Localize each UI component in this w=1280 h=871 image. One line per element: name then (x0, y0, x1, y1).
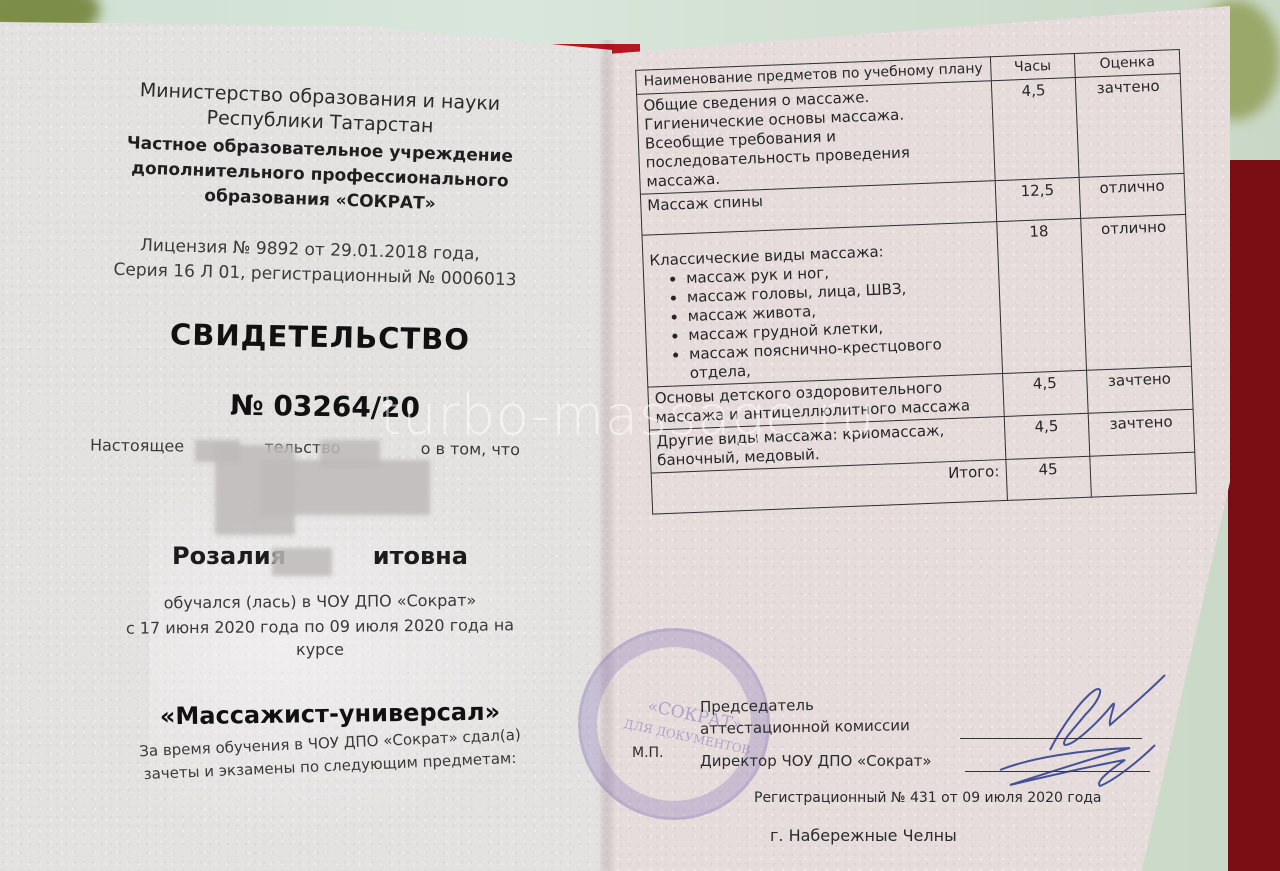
chairman-signature-line (960, 738, 1142, 739)
watermark: turbo-massage.ru (380, 384, 876, 447)
director-label: Директор ЧОУ ДПО «Сократ» (700, 752, 932, 770)
cover-edge (1228, 160, 1280, 871)
certify-prefix: Настоящее (90, 436, 184, 456)
subjects-table-container: Наименование предметов по учебному плану… (632, 19, 1195, 659)
subject-grade: зачтено (1087, 366, 1194, 413)
study-line-1: обучался (лась) в ЧОУ ДПО «Сократ» (110, 590, 530, 613)
study-line-3: курсе (80, 640, 560, 659)
redaction-block (320, 440, 380, 468)
chairman-label-line-1: Председатель (700, 696, 814, 716)
subject-hours: 4,5 (1004, 413, 1090, 459)
stamp-place-label: М.П. (632, 745, 664, 761)
subject-hours: 12,5 (995, 177, 1081, 221)
redaction-block (272, 548, 332, 576)
subject-grade: отлично (1079, 173, 1185, 218)
subject-name: Общие сведения о массаже. Гигиенические … (637, 81, 995, 195)
subject-hours: 18 (996, 218, 1086, 373)
city: г. Набережные Челны (770, 826, 957, 845)
chairman-label-line-2: аттестационной комиссии (700, 716, 910, 738)
redaction-block (260, 460, 430, 515)
table-row: Классические виды массажа: массаж рук и … (642, 214, 1191, 387)
subject-hours: 4,5 (1002, 370, 1088, 416)
subject-grade: зачтено (1075, 73, 1184, 177)
header-hours: Часы (990, 54, 1075, 81)
total-grade (1090, 452, 1196, 497)
subject-grade: зачтено (1088, 409, 1195, 456)
subject-item-list: массаж рук и ног, массаж головы, лица, Ш… (650, 257, 996, 384)
holder-first-name: Розалия (172, 542, 286, 570)
subject-hours: 4,5 (991, 78, 1079, 181)
subject-name-cell: Классические виды массажа: массаж рук и … (642, 222, 1002, 387)
holder-patronymic: итовна (373, 542, 468, 570)
registration-info: Регистрационный № 431 от 09 июля 2020 го… (754, 790, 1102, 806)
total-hours: 45 (1005, 456, 1091, 500)
document-title: СВИДЕТЕЛЬСТВО (150, 317, 491, 357)
subject-grade: отлично (1081, 214, 1192, 370)
director-signature-line (965, 771, 1150, 772)
